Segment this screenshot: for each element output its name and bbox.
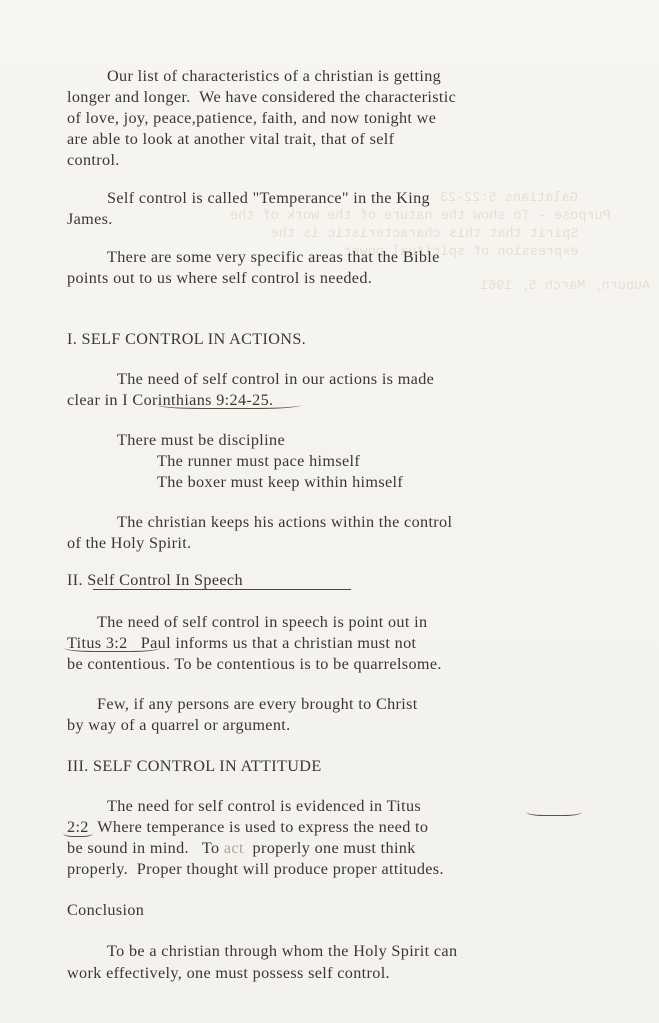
text-fragment: be sound in mind. To	[67, 839, 224, 857]
conclusion-heading: Conclusion	[67, 900, 144, 920]
section-2-heading: II. Self Control In Speech	[67, 570, 243, 590]
handwritten-underline	[526, 812, 582, 816]
section-1-para2-line: of the Holy Spirit.	[67, 533, 191, 553]
intro-line: of love, joy, peace,patience, faith, and…	[67, 108, 436, 128]
section-1-para2-line: The christian keeps his actions within t…	[117, 512, 452, 532]
handwritten-underline	[157, 405, 301, 409]
section-1-para-line: The need of self control in our actions …	[117, 369, 434, 389]
conclusion-line: To be a christian through whom the Holy …	[107, 941, 457, 961]
intro-line: control.	[67, 150, 120, 170]
text-fragment: Paul informs us that a christian must no…	[128, 634, 417, 652]
document-page: Purpose - To show the nature of the work…	[0, 0, 659, 1023]
conclusion-line: work effectively, one must possess self …	[67, 963, 390, 983]
section-2-para2-line: Few, if any persons are every brought to…	[97, 694, 418, 714]
list-item: The boxer must keep within himself	[157, 472, 403, 492]
intro-line: longer and longer. We have considered th…	[67, 87, 456, 107]
areas-line: There are some very specific areas that …	[107, 247, 440, 267]
section-2-para-line: be contentious. To be contentious is to …	[67, 654, 442, 674]
faded-word: act	[224, 839, 244, 857]
section-3-heading: III. SELF CONTROL IN ATTITUDE	[67, 756, 322, 776]
temperance-line: James.	[67, 209, 113, 229]
intro-line: are able to look at another vital trait,…	[67, 129, 394, 149]
bleed-through-date: Auburn, March 5, 1961	[480, 278, 650, 296]
text-fragment: properly one must think	[244, 839, 416, 857]
areas-line: points out to us where self control is n…	[67, 268, 372, 288]
section-title: Self Control In Speech	[83, 571, 243, 589]
section-3-para-line: be sound in mind. To act properly one mu…	[67, 838, 416, 858]
list-lead: There must be discipline	[117, 430, 285, 450]
section-3-para-line: properly. Proper thought will produce pr…	[67, 859, 444, 879]
list-item: The runner must pace himself	[157, 451, 360, 471]
intro-line: Our list of characteristics of a christi…	[107, 66, 441, 86]
typed-underline	[93, 589, 351, 590]
temperance-line: Self control is called "Temperance" in t…	[107, 188, 430, 208]
section-3-para-line: The need for self control is evidenced i…	[107, 796, 421, 816]
section-3-para-line: 2:2 Where temperance is used to express …	[67, 817, 428, 837]
section-number: II.	[67, 571, 83, 589]
bleed-through-ref: Galatians 5:22-23	[440, 190, 578, 208]
text-fragment: clear in	[67, 391, 122, 409]
text-fragment: The need for self control is evidenced i…	[107, 797, 387, 815]
scripture-reference: Titus	[387, 797, 421, 815]
section-2-para2-line: by way of a quarrel or argument.	[67, 715, 291, 735]
section-2-para-line: The need of self control in speech is po…	[97, 612, 427, 632]
text-fragment: Where temperance is used to express the …	[89, 818, 429, 836]
section-1-heading: I. SELF CONTROL IN ACTIONS.	[67, 329, 306, 349]
